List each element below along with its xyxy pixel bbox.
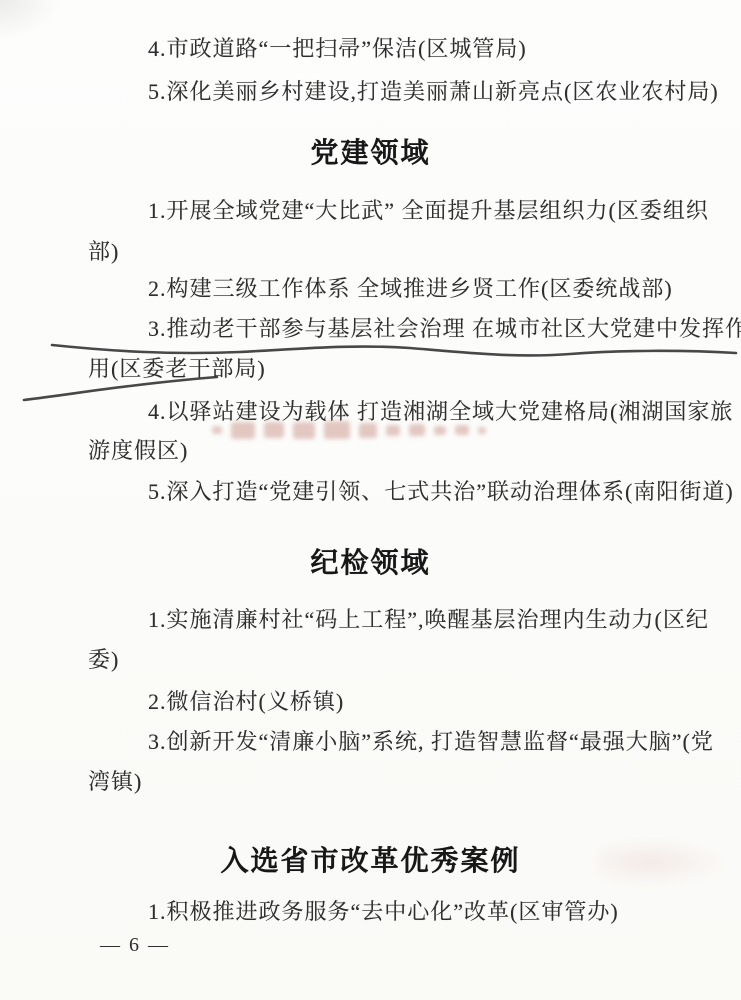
list-item-line: 委) [88, 647, 119, 672]
list-item-line: 4.市政道路“一把扫帚”保洁(区城管局) [148, 36, 527, 61]
list-item-line: 5.深入打造“党建引领、七式共治”联动治理体系(南阳街道) [148, 479, 734, 504]
list-item-line: 3.推动老干部参与基层社会治理 在城市社区大党建中发挥作 [148, 316, 741, 341]
list-item-line: 2.微信治村(义桥镇) [148, 689, 344, 714]
list-item-line: 2.构建三级工作体系 全域推进乡贤工作(区委统战部) [148, 276, 673, 301]
list-item-line: 游度假区) [88, 438, 188, 463]
page-number: — 6 — [100, 934, 170, 957]
list-item-line: 3.创新开发“清廉小脑”系统, 打造智慧监督“最强大脑”(党 [148, 729, 714, 754]
list-item-line: 1.实施清廉村社“码上工程”,唤醒基层治理内生动力(区纪 [148, 607, 709, 632]
section-heading-party-building: 党建领域 [0, 131, 741, 171]
list-item-line: 5.深化美丽乡村建设,打造美丽萧山新亮点(区农业农村局) [148, 79, 719, 104]
list-item-line: 湾镇) [88, 769, 142, 794]
list-item-line: 部) [88, 239, 119, 264]
list-item-line: 1.积极推进政务服务“去中心化”改革(区审管办) [148, 899, 619, 924]
scan-corner-shadow [0, 0, 60, 40]
section-heading-discipline-inspection: 纪检领域 [0, 541, 741, 581]
list-item-line: 1.开展全域党建“大比武” 全面提升基层组织力(区委组织 [148, 198, 709, 223]
ink-bleed-artifact [212, 421, 486, 439]
scanned-page: 4.市政道路“一把扫帚”保洁(区城管局) 5.深化美丽乡村建设,打造美丽萧山新亮… [0, 0, 741, 1000]
ink-bleed-artifact [598, 838, 728, 886]
list-item-line: 用(区委老干部局) [88, 356, 266, 381]
